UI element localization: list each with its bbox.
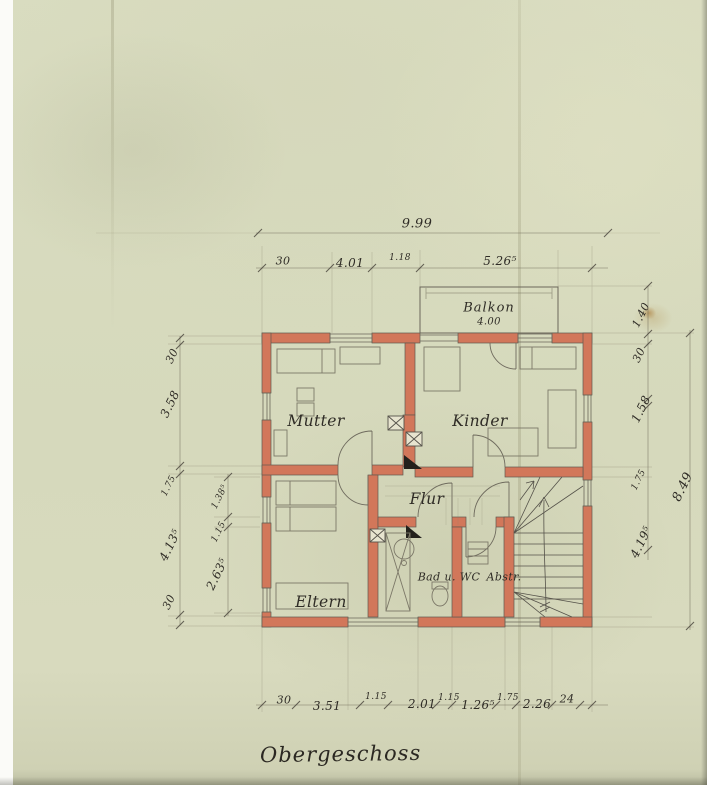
dim-bottom-0: 30 [277,694,292,707]
dim-top-2: 1.18 [389,253,411,263]
room-label-kinder: Kinder [452,412,507,430]
furniture-mutter [274,347,380,456]
room-label-mutter: Mutter [287,412,344,430]
furniture-eltern [276,481,348,609]
staircase [514,477,583,617]
scanned-floorplan-page: 9.99 30 4.01 1.18 5.26⁵ Balkon 4.00 Mutt… [0,0,707,785]
dim-overall-width: 9.99 [402,217,433,232]
room-label-eltern: Eltern [295,593,346,611]
dim-top-1: 4.01 [336,256,364,270]
scan-edge-right [701,0,707,785]
dim-bottom-3: 2.01 [408,697,436,711]
doors [338,343,516,557]
dim-bottom-8: 24 [560,693,575,706]
dim-bottom-7: 2.26 [523,697,551,711]
dim-top-3: 5.26⁵ [483,254,517,268]
floor-title: Obergeschoss [260,741,422,767]
dim-top-0: 30 [276,255,291,268]
room-label-bad-wc: Bad u. WC [418,571,481,584]
room-label-abstr: Abstr. [487,571,522,584]
dim-bottom-1: 3.51 [313,699,341,713]
floorplan-drawing [0,0,707,785]
dim-balcony-width: 4.00 [477,317,501,328]
dim-bottom-5: 1.26⁵ [461,698,495,712]
room-label-balkon: Balkon [463,301,515,316]
room-label-flur: Flur [410,490,445,508]
dim-bottom-6: 1.75 [497,693,519,703]
dim-bottom-2: 1.15 [365,692,387,702]
scan-edge-bottom [0,777,707,785]
dim-bottom-4: 1.15 [438,693,460,703]
